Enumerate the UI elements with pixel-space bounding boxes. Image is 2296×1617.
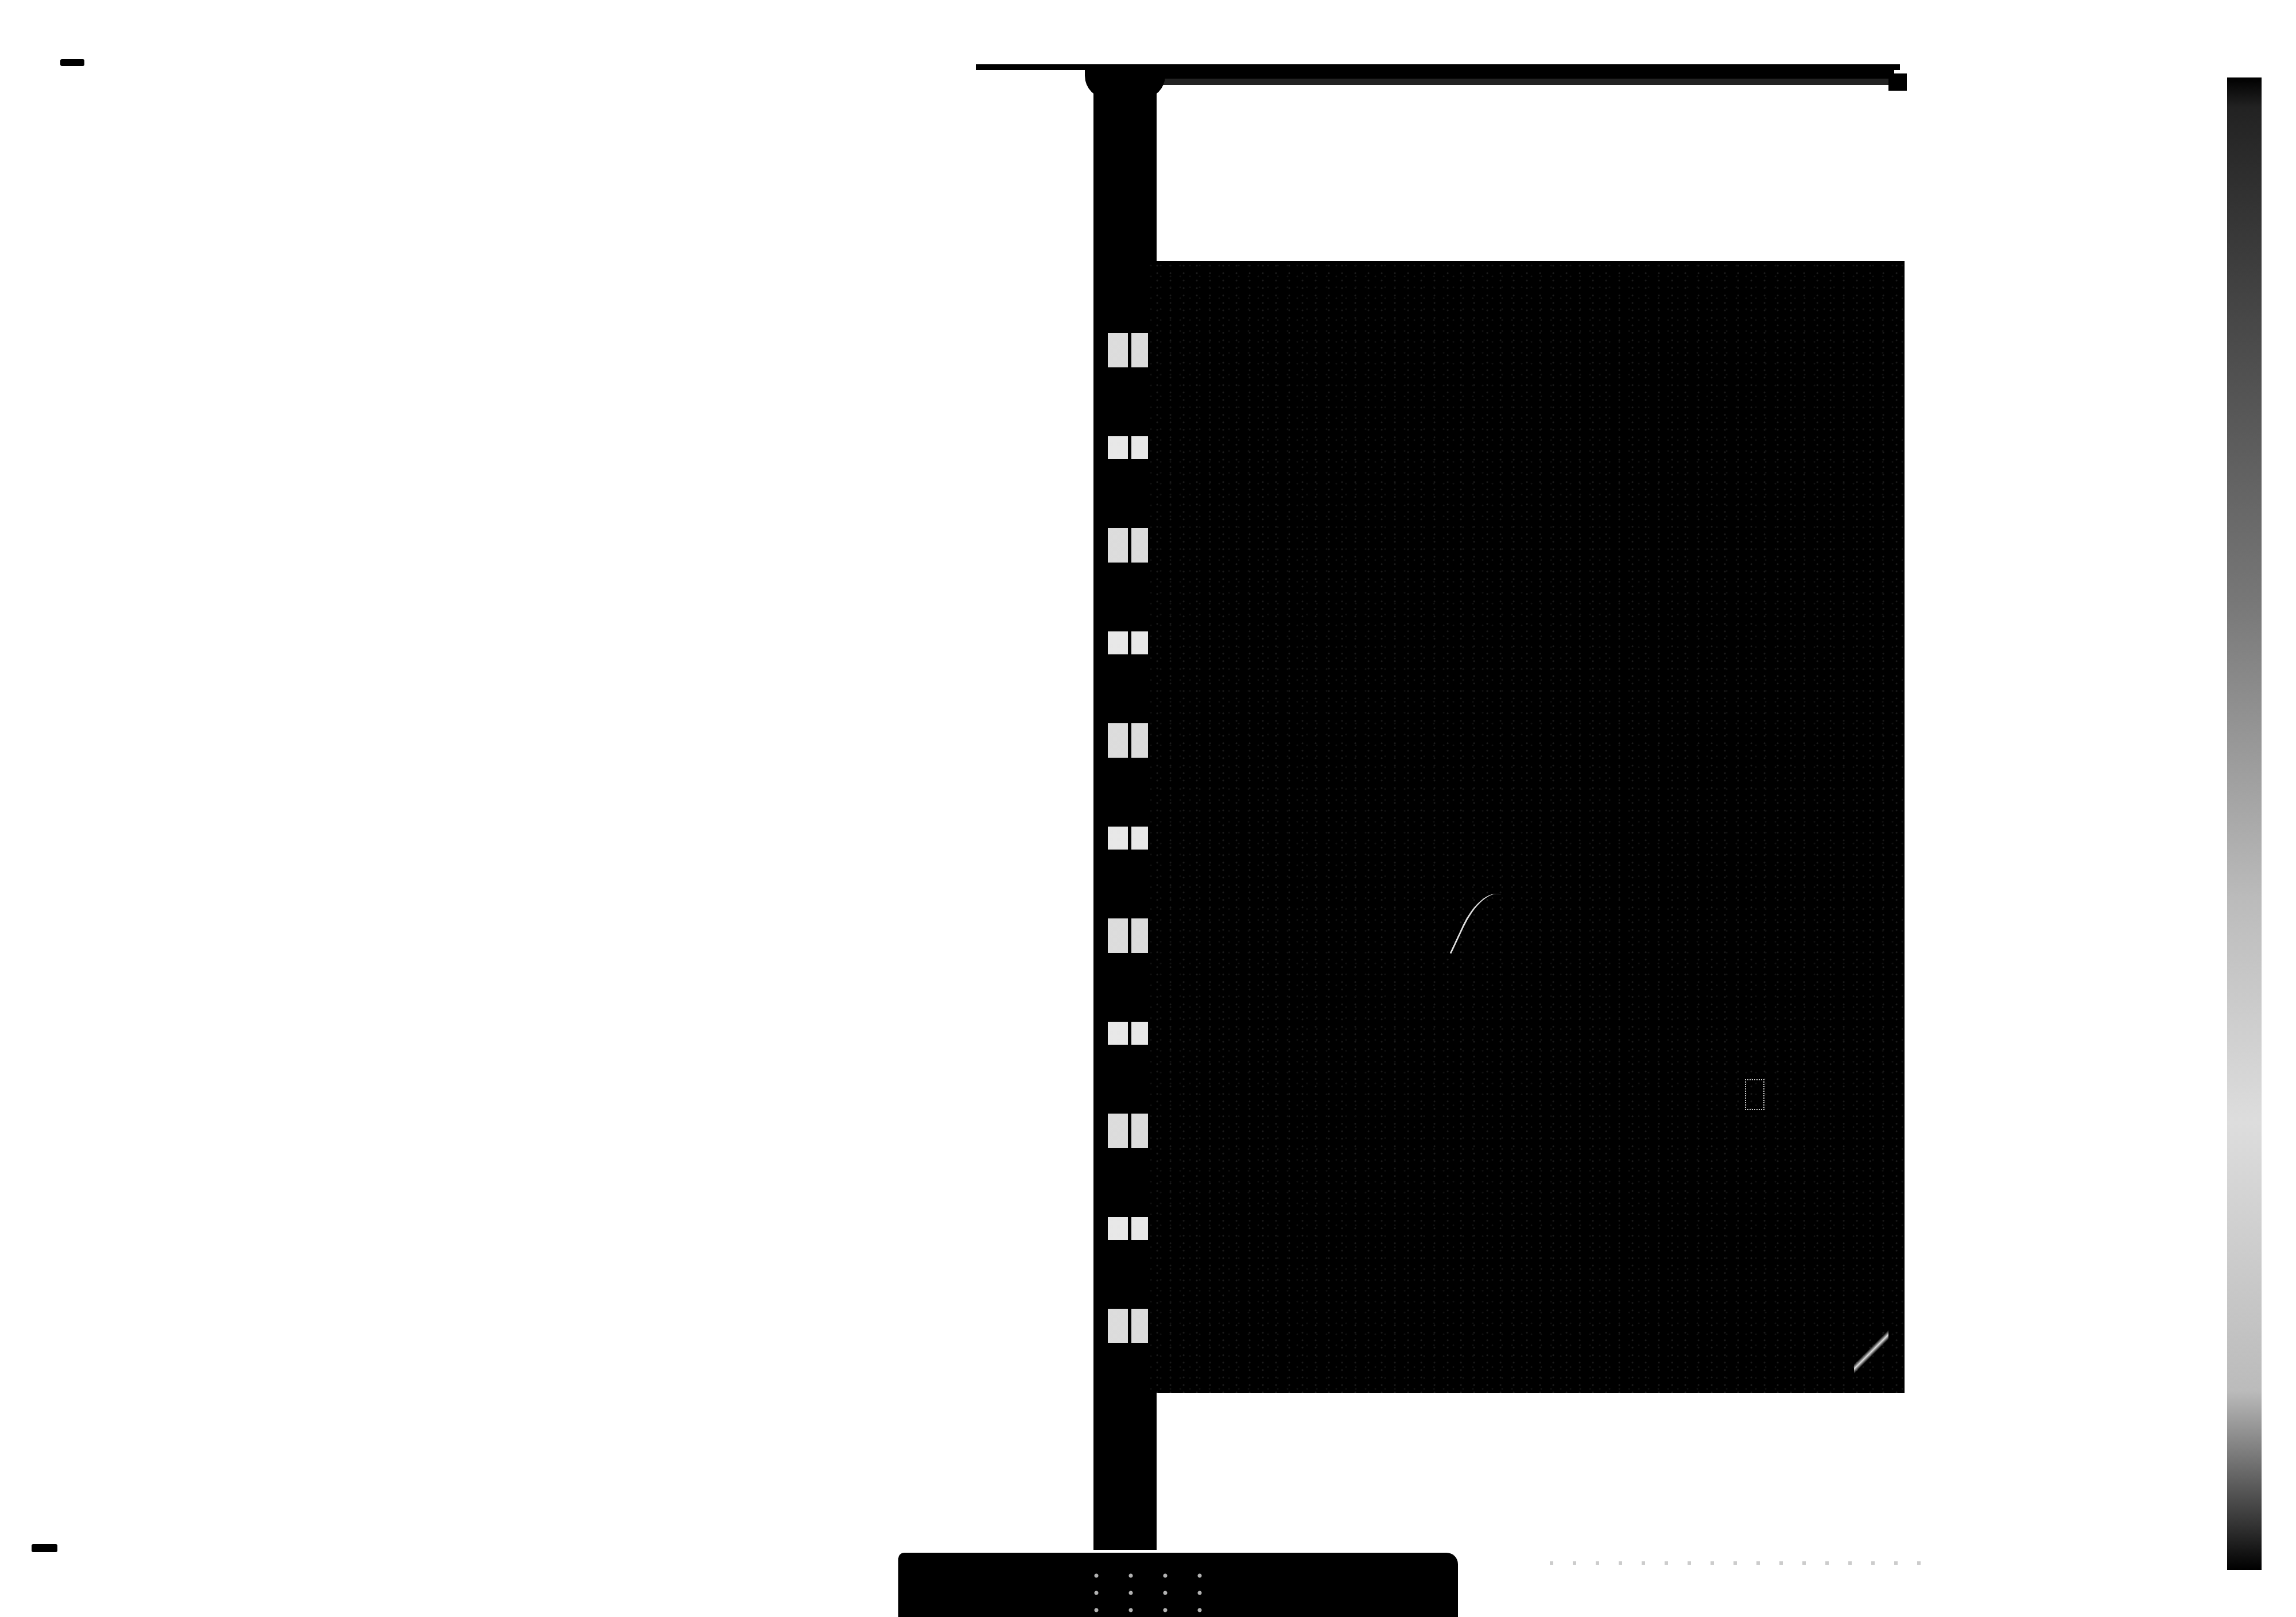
scan-speckle	[1550, 1561, 1923, 1565]
spine-hinge-line	[1128, 270, 1131, 1378]
base-texture	[1079, 1567, 1205, 1613]
cover-corner-wear	[1854, 1320, 1888, 1383]
stand-top-bar	[1091, 69, 1894, 85]
book-cover-board	[1148, 261, 1905, 1393]
page-edge-strip	[2227, 77, 2262, 1570]
scan-mark-top-left	[60, 59, 84, 66]
stand-rod-cap	[1888, 73, 1907, 91]
scan-mark-bottom-left	[32, 1544, 57, 1552]
cover-wear-fleck	[1745, 1079, 1764, 1110]
